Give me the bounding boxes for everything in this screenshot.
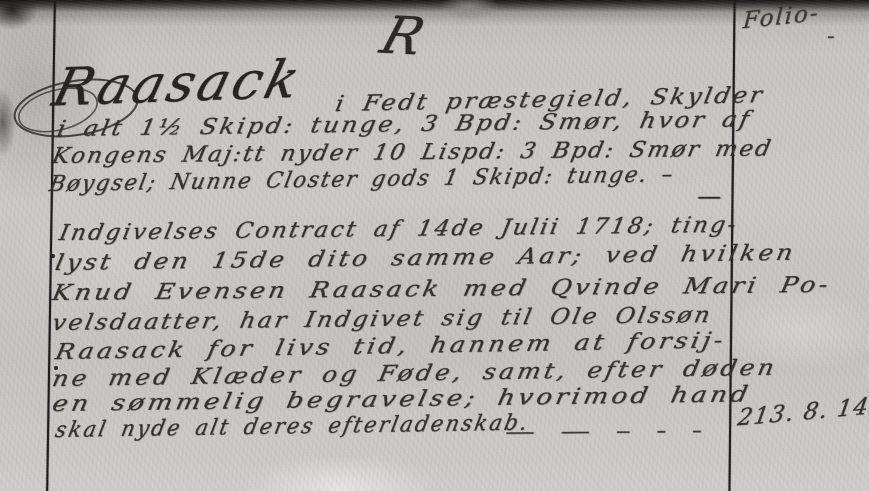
- ink-dot: [51, 254, 55, 258]
- rule-tick-dash: –: [696, 182, 722, 210]
- margin-amount: 213. 8. 14.: [736, 393, 869, 432]
- closing-dashes: — — – ‐ -: [505, 418, 710, 445]
- handwritten-line: Knud Evensen Raasack med Qvinde Mari Po-: [50, 273, 833, 306]
- folio-dash: -: [827, 24, 834, 49]
- handwritten-line: lyst den 15de dito samme Aar; ved hvilke…: [53, 241, 798, 276]
- scan-edge-shadow: [0, 0, 869, 26]
- entry-heading: Raasack: [47, 49, 308, 118]
- scanned-register-page: R Folio- - Raasack i Fedt præstegield, S…: [0, 0, 869, 491]
- handwritten-line: Indgivelses Contract af 14de Julii 1718;…: [57, 213, 740, 246]
